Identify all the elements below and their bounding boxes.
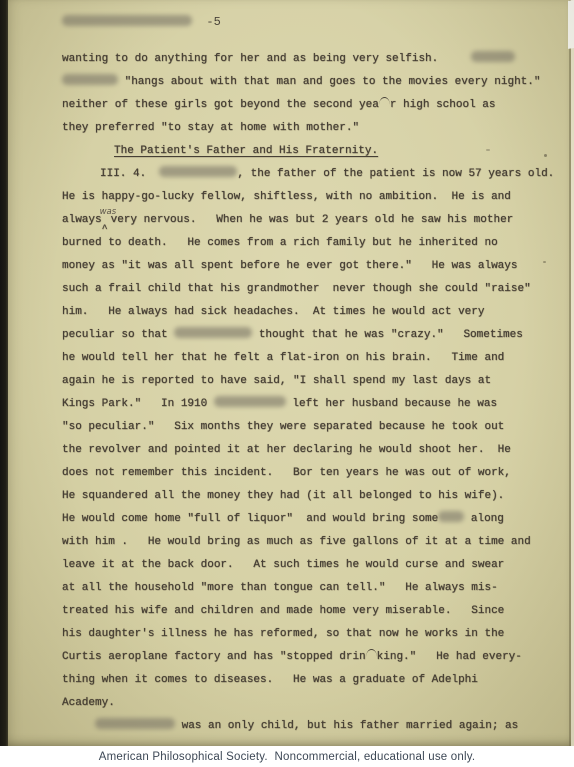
typed-line: leave it at the back door. At such times… (62, 554, 544, 577)
typed-line: neither of these girls got beyond the se… (62, 94, 544, 117)
typed-text: He would come home "full of liquor" and … (62, 513, 438, 525)
dust-speck (544, 154, 547, 157)
typed-text: He is happy-go-lucky fellow, shiftless, … (62, 191, 511, 203)
typed-line: thing when it comes to diseases. He was … (62, 669, 544, 692)
typed-line: Curtis aeroplane factory and has "stoppe… (62, 646, 544, 669)
typed-text: money as "it was all spent before he eve… (62, 260, 517, 272)
typed-text: Academy. (62, 697, 115, 709)
typed-line: wanting to do anything for her and as be… (62, 48, 544, 71)
typed-text: always (62, 214, 102, 226)
typed-line: him. He always had sick headaches. At ti… (62, 301, 544, 324)
typed-line: Academy. (62, 692, 544, 715)
typed-line: he would tell her that he felt a flat-ir… (62, 347, 544, 370)
redaction-blur (159, 166, 237, 177)
typed-text: his daughter's illness he has reformed, … (62, 628, 504, 640)
typed-text: the revolver and pointed it at her decla… (62, 444, 511, 456)
tie-mark (379, 97, 390, 105)
typed-text: thought that he was "crazy." Sometimes (252, 329, 523, 341)
ink-smudge (486, 149, 490, 151)
typed-line: was an only child, but his father marrie… (62, 715, 544, 738)
typed-lines: wanting to do anything for her and as be… (62, 48, 544, 738)
typed-text: at all the household "more than tongue c… (62, 582, 498, 594)
typed-line: the revolver and pointed it at her decla… (62, 439, 544, 462)
typed-text: Curtis aeroplane factory and has "stoppe… (62, 651, 366, 663)
typed-text: left her husband because he was (286, 398, 497, 410)
typed-line: Kings Park." In 1910 left her husband be… (62, 393, 544, 416)
redaction-blur (174, 327, 252, 338)
dust-speck (543, 261, 546, 263)
top-right-corner-gap (568, 0, 574, 49)
typed-line: at all the household "more than tongue c… (62, 577, 544, 600)
typed-text: Kings Park." In 1910 (62, 398, 214, 410)
typed-text: with him . He would bring as much as fiv… (62, 536, 531, 548)
typed-line: alwayswas^very nervous. When he was but … (62, 209, 544, 232)
typed-line: He is happy-go-lucky fellow, shiftless, … (62, 186, 544, 209)
typed-text: they preferred "to stay at home with mot… (62, 122, 359, 134)
redaction-blur (471, 51, 515, 62)
scanned-document-page: -5 wanting to do anything for her and as… (0, 0, 574, 767)
redaction-blur (62, 74, 118, 85)
typed-text: "so peculiar." Six months they were sepa… (62, 421, 504, 433)
typed-text: again he is reported to have said, "I sh… (62, 375, 491, 387)
scan-left-black-edge (0, 0, 8, 746)
typed-line: does not remember this incident. Bor ten… (62, 462, 544, 485)
typed-text: He squandered all the money they had (it… (62, 490, 504, 502)
typed-line: money as "it was all spent before he eve… (62, 255, 544, 278)
redaction-blur (62, 15, 192, 26)
page-header-line: -5 (62, 12, 221, 35)
typed-line: He would come home "full of liquor" and … (62, 508, 544, 531)
typed-text: was an only child, but his father marrie… (175, 720, 518, 732)
typed-line: treated his wife and children and made h… (62, 600, 544, 623)
typed-text: -5 (192, 15, 221, 29)
typed-text: treated his wife and children and made h… (62, 605, 504, 617)
typed-text: r high school as (390, 99, 496, 111)
typed-line: He squandered all the money they had (it… (62, 485, 544, 508)
typed-line: again he is reported to have said, "I sh… (62, 370, 544, 393)
typed-text: along (464, 513, 504, 525)
typed-text: such a frail child that his grandmother … (62, 283, 531, 295)
typed-text: does not remember this incident. Bor ten… (62, 467, 511, 479)
typed-text: burned to death. He comes from a rich fa… (62, 237, 498, 249)
typed-line: III. 4. , the father of the patient is n… (62, 163, 544, 186)
typed-text: neither of these girls got beyond the se… (62, 99, 379, 111)
redaction-blur (95, 718, 175, 729)
caret-mark: ^ (102, 225, 108, 235)
typed-text: III. 4. (100, 168, 159, 180)
inserted-word: was (100, 208, 117, 216)
typed-line: "hangs about with that man and goes to t… (62, 71, 544, 94)
redaction-blur (214, 396, 286, 407)
typed-text: him. He always had sick headaches. At ti… (62, 306, 484, 318)
section-heading: The Patient's Father and His Fraternity. (62, 140, 544, 163)
typed-text: leave it at the back door. At such times… (62, 559, 504, 571)
typed-line: such a frail child that his grandmother … (62, 278, 544, 301)
typed-text: , the father of the patient is now 57 ye… (237, 168, 554, 180)
typed-line: his daughter's illness he has reformed, … (62, 623, 544, 646)
typed-text: "hangs about with that man and goes to t… (118, 76, 540, 88)
typed-text: he would tell her that he felt a flat-ir… (62, 352, 504, 364)
typed-line: "so peculiar." Six months they were sepa… (62, 416, 544, 439)
typed-text: The Patient's Father and His Fraternity. (114, 145, 378, 157)
tie-mark (366, 649, 377, 657)
typed-text: peculiar so that (62, 329, 174, 341)
redaction-blur (438, 511, 464, 522)
typed-line: they preferred "to stay at home with mot… (62, 117, 544, 140)
typed-line: with him . He would bring as much as fiv… (62, 531, 544, 554)
typed-text: very nervous. When he was but 2 years ol… (111, 214, 514, 226)
typed-line: burned to death. He comes from a rich fa… (62, 232, 544, 255)
archive-caption-strip: American Philosophical Society. Noncomme… (0, 746, 574, 767)
typed-text: king." He had every- (377, 651, 522, 663)
archive-caption: American Philosophical Society. Noncomme… (99, 751, 475, 763)
typed-text: wanting to do anything for her and as be… (62, 53, 471, 65)
typed-text: thing when it comes to diseases. He was … (62, 674, 478, 686)
typed-line: peculiar so that thought that he was "cr… (62, 324, 544, 347)
handwritten-insertion: was^ (102, 209, 111, 232)
